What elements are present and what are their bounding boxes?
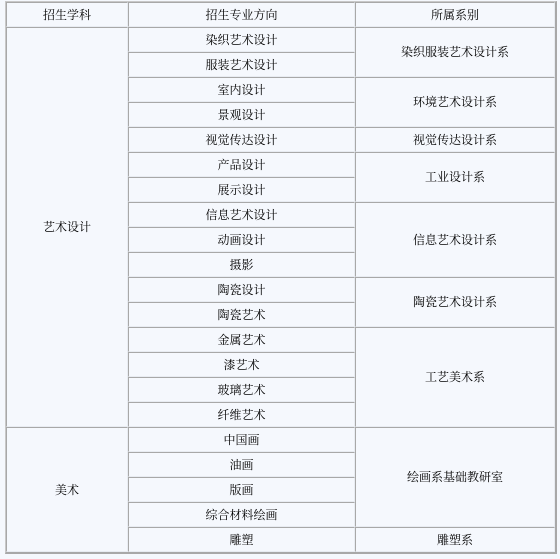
department-cell: 染织服装艺术设计系 (355, 27, 555, 77)
major-cell: 中国画 (128, 427, 355, 452)
table-row: 艺术设计 染织艺术设计 染织服装艺术设计系 (6, 27, 555, 52)
major-cell: 纤维艺术 (128, 402, 355, 427)
header-row: 招生学科 招生专业方向 所属系别 (6, 2, 555, 27)
major-cell: 玻璃艺术 (128, 377, 355, 402)
department-cell: 绘画系基础教研室 (355, 427, 555, 527)
header-major: 招生专业方向 (128, 2, 355, 27)
department-cell: 信息艺术设计系 (355, 202, 555, 277)
major-cell: 综合材料绘画 (128, 502, 355, 527)
major-cell: 信息艺术设计 (128, 202, 355, 227)
major-cell: 服装艺术设计 (128, 52, 355, 77)
department-cell: 工艺美术系 (355, 327, 555, 427)
discipline-cell: 美术 (6, 427, 128, 552)
major-cell: 陶瓷艺术 (128, 302, 355, 327)
major-cell: 陶瓷设计 (128, 277, 355, 302)
major-cell: 版画 (128, 477, 355, 502)
major-cell: 摄影 (128, 252, 355, 277)
major-cell: 雕塑 (128, 527, 355, 552)
major-cell: 室内设计 (128, 77, 355, 102)
header-department: 所属系别 (355, 2, 555, 27)
major-department-table: 招生学科 招生专业方向 所属系别 艺术设计 染织艺术设计 染织服装艺术设计系 服… (5, 1, 557, 554)
major-cell: 动画设计 (128, 227, 355, 252)
major-cell: 展示设计 (128, 177, 355, 202)
department-cell: 视觉传达设计系 (355, 127, 555, 152)
department-cell: 环境艺术设计系 (355, 77, 555, 127)
department-cell: 陶瓷艺术设计系 (355, 277, 555, 327)
major-cell: 视觉传达设计 (128, 127, 355, 152)
major-cell: 染织艺术设计 (128, 27, 355, 52)
discipline-cell: 艺术设计 (6, 27, 128, 427)
major-cell: 景观设计 (128, 102, 355, 127)
major-cell: 金属艺术 (128, 327, 355, 352)
major-cell: 油画 (128, 452, 355, 477)
table-row: 美术 中国画 绘画系基础教研室 (6, 427, 555, 452)
department-cell: 工业设计系 (355, 152, 555, 202)
major-cell: 产品设计 (128, 152, 355, 177)
major-cell: 漆艺术 (128, 352, 355, 377)
header-discipline: 招生学科 (6, 2, 128, 27)
department-cell: 雕塑系 (355, 527, 555, 552)
